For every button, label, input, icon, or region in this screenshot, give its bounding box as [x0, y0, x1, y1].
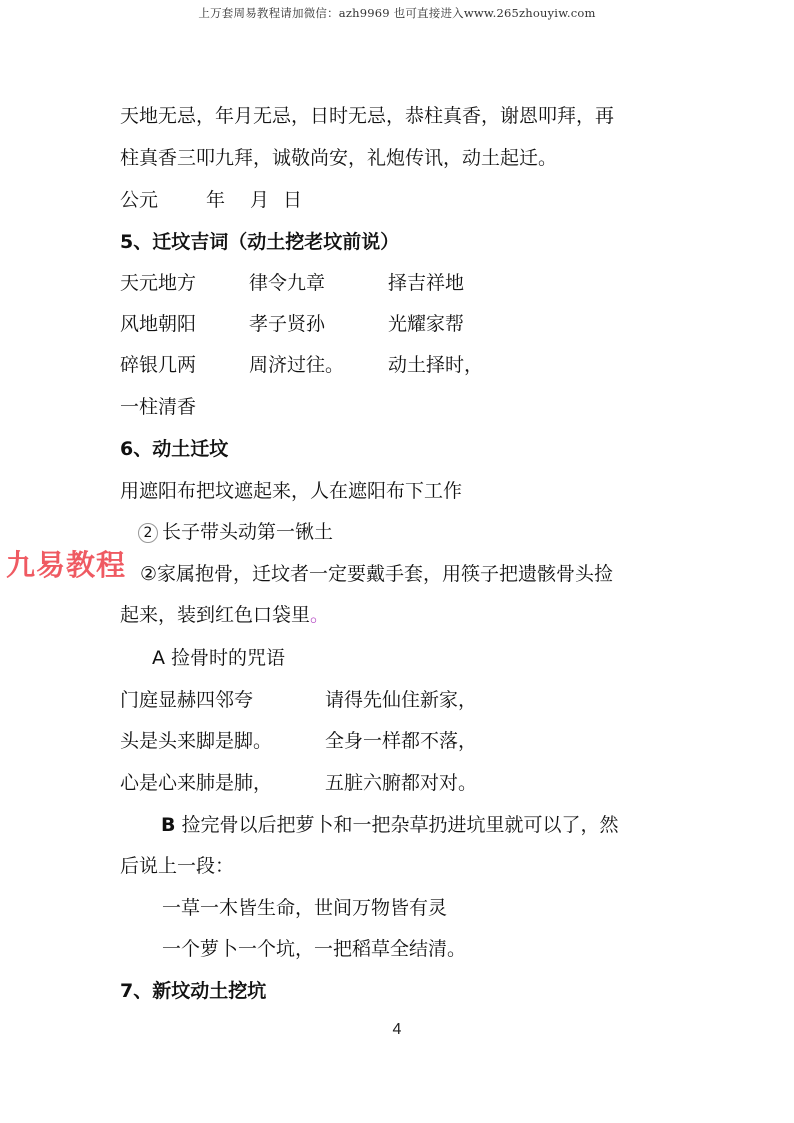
- verse-cell: 周济过往。: [249, 353, 344, 377]
- verse-cell: 请得先仙住新家，: [325, 688, 477, 712]
- watermark-logo: 九易教程: [6, 543, 126, 584]
- page-number: 4: [0, 1021, 794, 1039]
- verse-row: 碎银几两 周济过往。 动土择时，: [120, 353, 620, 377]
- verse-cell: 择吉祥地: [388, 271, 464, 295]
- verse-cell: 光耀家帮: [388, 312, 464, 336]
- list-item: 2长子带头动第一锹土: [138, 520, 333, 544]
- verse-cell: 风地朝阳: [120, 312, 196, 336]
- section-5-heading: 5、迁坟吉词（动土挖老坟前说）: [120, 230, 399, 254]
- paragraph-line: 后说上一段：: [120, 854, 234, 878]
- verse-cell: 五脏六腑都对对。: [325, 771, 477, 795]
- verse-cell: 动土择时，: [388, 353, 483, 377]
- period-mark: 。: [310, 604, 329, 626]
- verse-cell: 心是心来肺是肺，: [120, 771, 272, 795]
- list-item-text: 长子带头动第一锹土: [162, 521, 333, 543]
- verse-cell: 律令九章: [249, 271, 325, 295]
- paragraph-line: 天地无忌，年月无忌，日时无忌，恭柱真香，谢恩叩拜，再: [120, 104, 614, 128]
- verse-line: 一草一木皆生命，世间万物皆有灵: [162, 896, 447, 920]
- date-year: 年: [206, 188, 225, 212]
- verse-cell: 全身一样都不落，: [325, 729, 477, 753]
- date-prefix: 公元: [120, 188, 158, 212]
- verse-cell: 孝子贤孙: [249, 312, 325, 336]
- list-item-text: 起来，装到红色口袋里: [120, 604, 310, 626]
- verse-row: 门庭显赫四邻夸 请得先仙住新家，: [120, 688, 620, 712]
- date-month: 月: [250, 188, 269, 212]
- paragraph-line: 柱真香三叩九拜，诚敬尚安，礼炮传讯，动土起迁。: [120, 146, 557, 170]
- date-day: 日: [283, 188, 302, 212]
- date-line: 公元 年 月 日: [120, 188, 420, 212]
- verse-cell: 天元地方: [120, 271, 196, 295]
- subsection-b-paragraph: B 捡完骨以后把萝卜和一把杂草扔进坑里就可以了，然: [161, 813, 619, 837]
- section-7-heading: 7、新坟动土挖坑: [120, 979, 266, 1003]
- circled-number-icon: 2: [138, 523, 158, 543]
- verse-row: 风地朝阳 孝子贤孙 光耀家帮: [120, 312, 620, 336]
- list-item-continuation: 起来，装到红色口袋里。: [120, 603, 329, 627]
- verse-line: 一柱清香: [120, 395, 196, 419]
- subsection-b-text: 捡完骨以后把萝卜和一把杂草扔进坑里就可以了，然: [175, 814, 618, 836]
- verse-row: 心是心来肺是肺， 五脏六腑都对对。: [120, 771, 620, 795]
- section-6-heading: 6、动土迁坟: [120, 437, 228, 461]
- subsection-b-label: B: [161, 814, 175, 836]
- verse-line: 一个萝卜一个坑，一把稻草全结清。: [162, 937, 466, 961]
- paragraph-line: 用遮阳布把坟遮起来，人在遮阳布下工作: [120, 479, 462, 503]
- subsection-a-heading: A 捡骨时的咒语: [152, 646, 285, 670]
- verse-cell: 头是头来脚是脚。: [120, 729, 272, 753]
- verse-cell: 门庭显赫四邻夸: [120, 688, 253, 712]
- page-header-banner: 上万套周易教程请加微信：azh9969 也可直接进入www.265zhouyiw…: [0, 5, 794, 21]
- verse-cell: 碎银几两: [120, 353, 196, 377]
- list-item: ②家属抱骨，迁坟者一定要戴手套，用筷子把遗骸骨头捡: [140, 562, 613, 586]
- verse-row: 头是头来脚是脚。 全身一样都不落，: [120, 729, 620, 753]
- subsection-a-title: A 捡骨时的咒语: [152, 647, 285, 669]
- verse-row: 天元地方 律令九章 择吉祥地: [120, 271, 620, 295]
